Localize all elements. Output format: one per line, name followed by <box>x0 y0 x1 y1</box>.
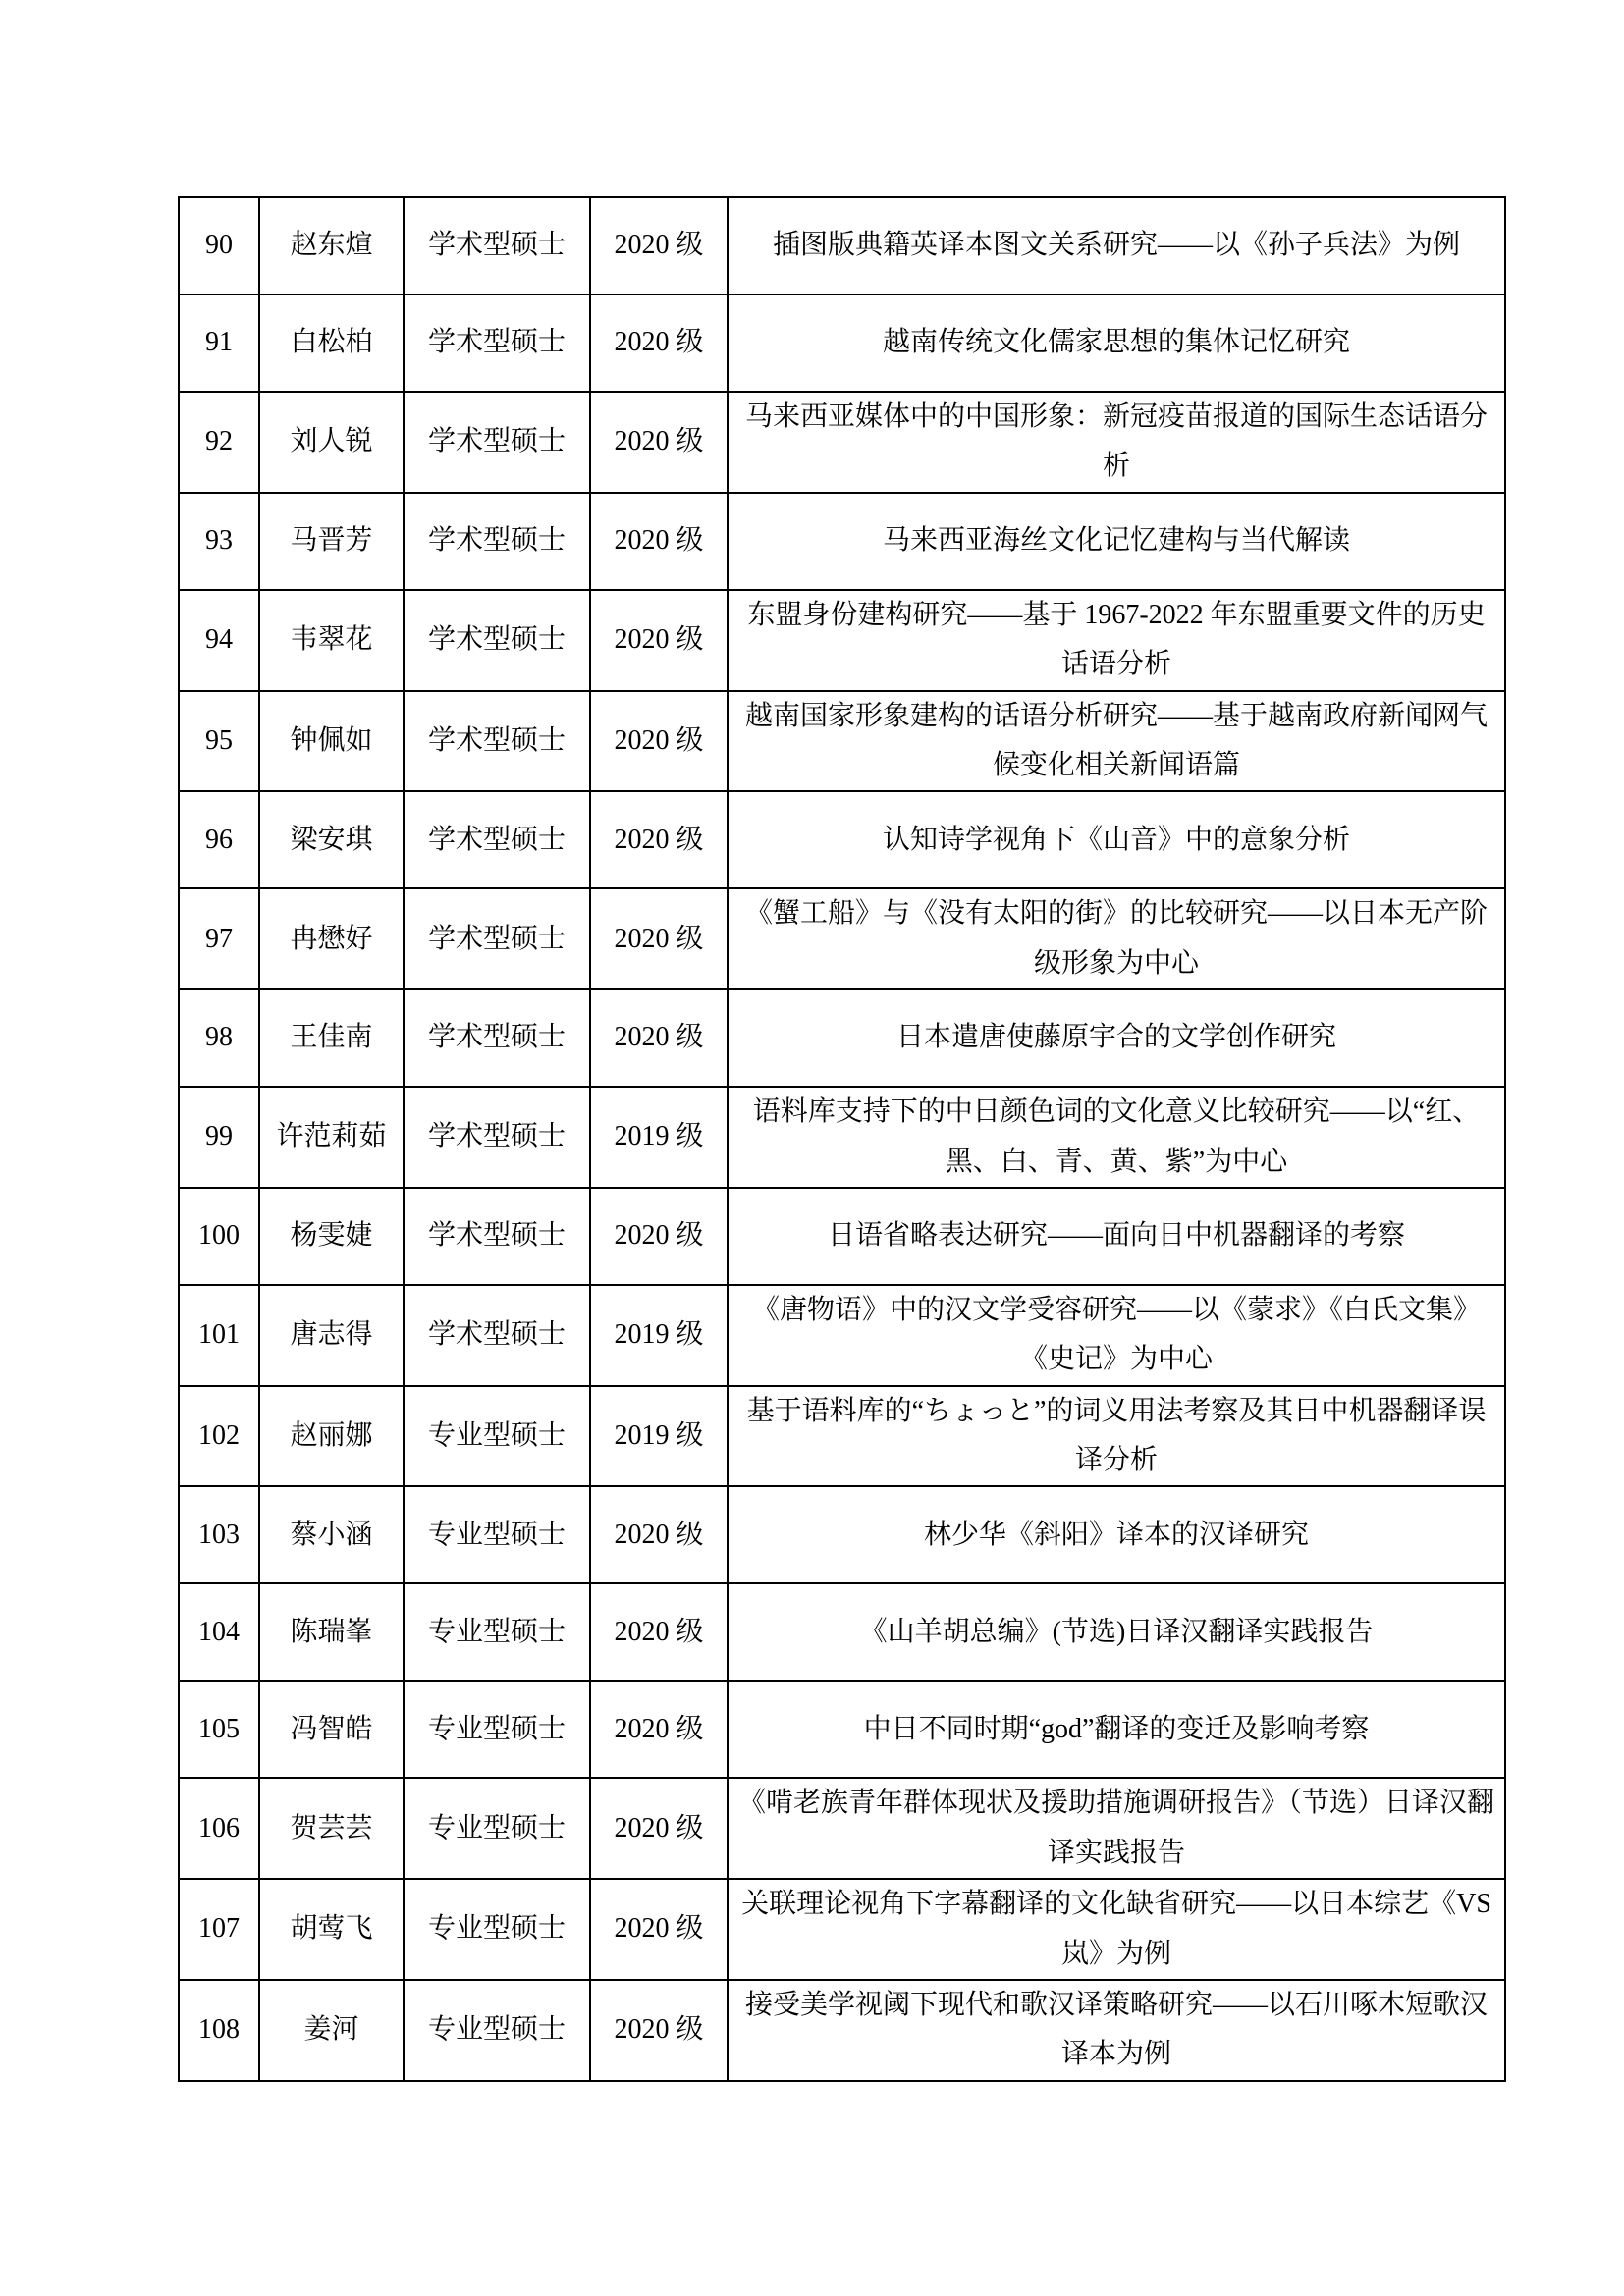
grade-cell: 2020 级 <box>590 691 728 792</box>
grade-cell: 2020 级 <box>590 791 728 888</box>
thesis-title-cell: 日语省略表达研究——面向日中机器翻译的考察 <box>728 1188 1505 1285</box>
grade-cell: 2020 级 <box>590 1681 728 1778</box>
student-name-cell: 白松柏 <box>259 294 404 392</box>
degree-type-cell: 学术型硕士 <box>404 1285 590 1386</box>
row-number-cell: 101 <box>179 1285 259 1386</box>
student-name-cell: 王佳南 <box>259 989 404 1087</box>
degree-type-cell: 学术型硕士 <box>404 691 590 792</box>
table-row: 106 贺芸芸 专业型硕士 2020 级 《啃老族青年群体现状及援助措施调研报告… <box>179 1778 1505 1879</box>
row-number-cell: 103 <box>179 1486 259 1583</box>
row-number-cell: 97 <box>179 888 259 989</box>
grade-cell: 2020 级 <box>590 1486 728 1583</box>
grade-cell: 2020 级 <box>590 493 728 590</box>
student-name-cell: 冉懋好 <box>259 888 404 989</box>
student-name-cell: 姜河 <box>259 1980 404 2081</box>
thesis-title-cell: 《唐物语》中的汉文学受容研究——以《蒙求》《白氏文集》《史记》为中心 <box>728 1285 1505 1386</box>
row-number-cell: 95 <box>179 691 259 792</box>
degree-type-cell: 学术型硕士 <box>404 888 590 989</box>
student-name-cell: 蔡小涵 <box>259 1486 404 1583</box>
student-name-cell: 韦翠花 <box>259 590 404 691</box>
degree-type-cell: 学术型硕士 <box>404 791 590 888</box>
student-name-cell: 梁安琪 <box>259 791 404 888</box>
student-name-cell: 冯智皓 <box>259 1681 404 1778</box>
thesis-title-cell: 日本遣唐使藤原宇合的文学创作研究 <box>728 989 1505 1087</box>
degree-type-cell: 专业型硕士 <box>404 1386 590 1487</box>
grade-cell: 2020 级 <box>590 888 728 989</box>
thesis-table-body: 90 赵东煊 学术型硕士 2020 级 插图版典籍英译本图文关系研究——以《孙子… <box>179 197 1505 2081</box>
thesis-title-cell: 马来西亚海丝文化记忆建构与当代解读 <box>728 493 1505 590</box>
grade-cell: 2020 级 <box>590 1583 728 1681</box>
grade-cell: 2020 级 <box>590 294 728 392</box>
degree-type-cell: 学术型硕士 <box>404 590 590 691</box>
thesis-title-cell: 关联理论视角下字幕翻译的文化缺省研究——以日本综艺《VS 岚》为例 <box>728 1879 1505 1980</box>
grade-cell: 2019 级 <box>590 1087 728 1188</box>
table-row: 107 胡莺飞 专业型硕士 2020 级 关联理论视角下字幕翻译的文化缺省研究—… <box>179 1879 1505 1980</box>
table-row: 93 马晋芳 学术型硕士 2020 级 马来西亚海丝文化记忆建构与当代解读 <box>179 493 1505 590</box>
grade-cell: 2020 级 <box>590 1879 728 1980</box>
thesis-title-cell: 东盟身份建构研究——基于 1967-2022 年东盟重要文件的历史话语分析 <box>728 590 1505 691</box>
table-row: 100 杨雯婕 学术型硕士 2020 级 日语省略表达研究——面向日中机器翻译的… <box>179 1188 1505 1285</box>
grade-cell: 2020 级 <box>590 989 728 1087</box>
row-number-cell: 93 <box>179 493 259 590</box>
thesis-title-cell: 越南国家形象建构的话语分析研究——基于越南政府新闻网气候变化相关新闻语篇 <box>728 691 1505 792</box>
thesis-title-cell: 《蟹工船》与《没有太阳的街》的比较研究——以日本无产阶级形象为中心 <box>728 888 1505 989</box>
row-number-cell: 104 <box>179 1583 259 1681</box>
table-row: 97 冉懋好 学术型硕士 2020 级 《蟹工船》与《没有太阳的街》的比较研究—… <box>179 888 1505 989</box>
row-number-cell: 105 <box>179 1681 259 1778</box>
table-row: 103 蔡小涵 专业型硕士 2020 级 林少华《斜阳》译本的汉译研究 <box>179 1486 1505 1583</box>
degree-type-cell: 学术型硕士 <box>404 493 590 590</box>
row-number-cell: 98 <box>179 989 259 1087</box>
table-row: 96 梁安琪 学术型硕士 2020 级 认知诗学视角下《山音》中的意象分析 <box>179 791 1505 888</box>
row-number-cell: 96 <box>179 791 259 888</box>
student-name-cell: 唐志得 <box>259 1285 404 1386</box>
grade-cell: 2020 级 <box>590 197 728 294</box>
degree-type-cell: 学术型硕士 <box>404 1087 590 1188</box>
grade-cell: 2020 级 <box>590 392 728 493</box>
student-name-cell: 赵东煊 <box>259 197 404 294</box>
student-name-cell: 陈瑞峯 <box>259 1583 404 1681</box>
table-row: 95 钟佩如 学术型硕士 2020 级 越南国家形象建构的话语分析研究——基于越… <box>179 691 1505 792</box>
row-number-cell: 91 <box>179 294 259 392</box>
table-row: 102 赵丽娜 专业型硕士 2019 级 基于语料库的“ちょっと”的词义用法考察… <box>179 1386 1505 1487</box>
thesis-list-table: 90 赵东煊 学术型硕士 2020 级 插图版典籍英译本图文关系研究——以《孙子… <box>178 196 1506 2082</box>
table-row: 90 赵东煊 学术型硕士 2020 级 插图版典籍英译本图文关系研究——以《孙子… <box>179 197 1505 294</box>
table-row: 91 白松柏 学术型硕士 2020 级 越南传统文化儒家思想的集体记忆研究 <box>179 294 1505 392</box>
student-name-cell: 钟佩如 <box>259 691 404 792</box>
degree-type-cell: 学术型硕士 <box>404 197 590 294</box>
degree-type-cell: 学术型硕士 <box>404 1188 590 1285</box>
thesis-title-cell: 中日不同时期“god”翻译的变迁及影响考察 <box>728 1681 1505 1778</box>
row-number-cell: 92 <box>179 392 259 493</box>
table-row: 105 冯智皓 专业型硕士 2020 级 中日不同时期“god”翻译的变迁及影响… <box>179 1681 1505 1778</box>
row-number-cell: 90 <box>179 197 259 294</box>
degree-type-cell: 专业型硕士 <box>404 1778 590 1879</box>
row-number-cell: 99 <box>179 1087 259 1188</box>
table-row: 98 王佳南 学术型硕士 2020 级 日本遣唐使藤原宇合的文学创作研究 <box>179 989 1505 1087</box>
degree-type-cell: 专业型硕士 <box>404 1980 590 2081</box>
thesis-title-cell: 插图版典籍英译本图文关系研究——以《孙子兵法》为例 <box>728 197 1505 294</box>
row-number-cell: 106 <box>179 1778 259 1879</box>
degree-type-cell: 专业型硕士 <box>404 1879 590 1980</box>
table-row: 99 许范莉茹 学术型硕士 2019 级 语料库支持下的中日颜色词的文化意义比较… <box>179 1087 1505 1188</box>
thesis-title-cell: 林少华《斜阳》译本的汉译研究 <box>728 1486 1505 1583</box>
thesis-title-cell: 越南传统文化儒家思想的集体记忆研究 <box>728 294 1505 392</box>
table-row: 101 唐志得 学术型硕士 2019 级 《唐物语》中的汉文学受容研究——以《蒙… <box>179 1285 1505 1386</box>
thesis-title-cell: 语料库支持下的中日颜色词的文化意义比较研究——以“红、黑、白、青、黄、紫”为中心 <box>728 1087 1505 1188</box>
thesis-title-cell: 接受美学视阈下现代和歌汉译策略研究——以石川啄木短歌汉译本为例 <box>728 1980 1505 2081</box>
degree-type-cell: 学术型硕士 <box>404 392 590 493</box>
thesis-title-cell: 基于语料库的“ちょっと”的词义用法考察及其日中机器翻译误译分析 <box>728 1386 1505 1487</box>
student-name-cell: 赵丽娜 <box>259 1386 404 1487</box>
thesis-title-cell: 《啃老族青年群体现状及援助措施调研报告》（节选）日译汉翻译实践报告 <box>728 1778 1505 1879</box>
document-page: 90 赵东煊 学术型硕士 2020 级 插图版典籍英译本图文关系研究——以《孙子… <box>0 0 1624 2296</box>
degree-type-cell: 专业型硕士 <box>404 1486 590 1583</box>
thesis-title-cell: 认知诗学视角下《山音》中的意象分析 <box>728 791 1505 888</box>
table-row: 108 姜河 专业型硕士 2020 级 接受美学视阈下现代和歌汉译策略研究——以… <box>179 1980 1505 2081</box>
grade-cell: 2020 级 <box>590 1188 728 1285</box>
row-number-cell: 102 <box>179 1386 259 1487</box>
row-number-cell: 108 <box>179 1980 259 2081</box>
student-name-cell: 胡莺飞 <box>259 1879 404 1980</box>
degree-type-cell: 专业型硕士 <box>404 1681 590 1778</box>
grade-cell: 2020 级 <box>590 1778 728 1879</box>
row-number-cell: 107 <box>179 1879 259 1980</box>
grade-cell: 2020 级 <box>590 1980 728 2081</box>
grade-cell: 2020 级 <box>590 590 728 691</box>
student-name-cell: 刘人锐 <box>259 392 404 493</box>
degree-type-cell: 学术型硕士 <box>404 294 590 392</box>
student-name-cell: 贺芸芸 <box>259 1778 404 1879</box>
grade-cell: 2019 级 <box>590 1386 728 1487</box>
student-name-cell: 许范莉茹 <box>259 1087 404 1188</box>
grade-cell: 2019 级 <box>590 1285 728 1386</box>
thesis-title-cell: 马来西亚媒体中的中国形象：新冠疫苗报道的国际生态话语分析 <box>728 392 1505 493</box>
table-row: 94 韦翠花 学术型硕士 2020 级 东盟身份建构研究——基于 1967-20… <box>179 590 1505 691</box>
student-name-cell: 马晋芳 <box>259 493 404 590</box>
row-number-cell: 100 <box>179 1188 259 1285</box>
student-name-cell: 杨雯婕 <box>259 1188 404 1285</box>
degree-type-cell: 专业型硕士 <box>404 1583 590 1681</box>
thesis-title-cell: 《山羊胡总编》(节选)日译汉翻译实践报告 <box>728 1583 1505 1681</box>
table-row: 104 陈瑞峯 专业型硕士 2020 级 《山羊胡总编》(节选)日译汉翻译实践报… <box>179 1583 1505 1681</box>
degree-type-cell: 学术型硕士 <box>404 989 590 1087</box>
table-row: 92 刘人锐 学术型硕士 2020 级 马来西亚媒体中的中国形象：新冠疫苗报道的… <box>179 392 1505 493</box>
row-number-cell: 94 <box>179 590 259 691</box>
